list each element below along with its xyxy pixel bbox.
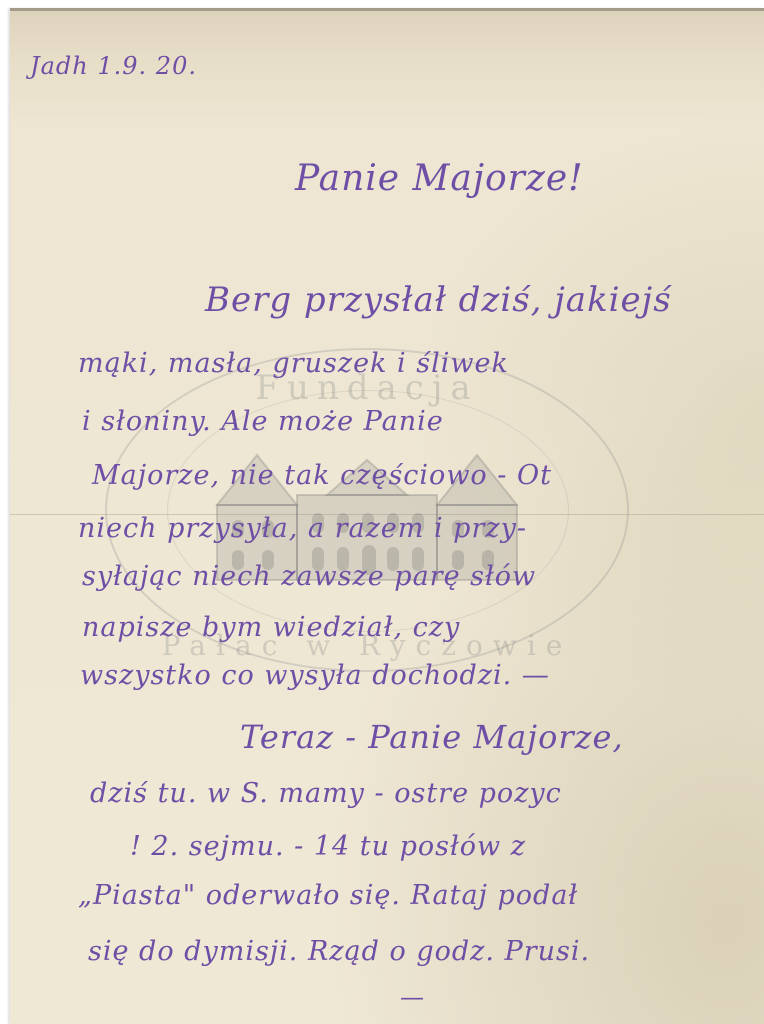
letter-line: ! 2. sejmu. - 14 tu posłów z — [130, 831, 526, 862]
letter-line: dziś tu. w S. mamy - ostre pozyc — [90, 778, 562, 809]
letter-line: i słoniny. Ale może Panie — [82, 406, 444, 437]
letter-line: Teraz - Panie Majorze, — [240, 718, 624, 756]
letter-line: Berg przysłał dziś, jakiejś — [205, 280, 672, 320]
letter-line: syłając niech zawsze parę słów — [82, 561, 536, 592]
letter-line: niech przysyła, a razem i przy- — [78, 513, 527, 544]
letter-line: wszystko co wysyła dochodzi. — — [80, 660, 550, 691]
letter-salutation: Panie Majorze! — [295, 158, 584, 199]
letter-line: Majorze, nie tak częściowo - Ot — [92, 460, 552, 491]
letter-line: napisze bym wiedział, czy — [82, 612, 460, 643]
letter-sheet: Fundacja — [10, 8, 764, 1024]
letter-line: „Piasta" oderwało się. Rataj podał — [78, 880, 578, 911]
letter-date: Jadh 1.9. 20. — [30, 52, 197, 80]
closing-dash: — — [400, 983, 425, 1011]
letter-line: mąki, masła, gruszek i śliwek — [78, 348, 509, 379]
letter-line: się do dymisji. Rząd o godz. Prusi. — [88, 936, 590, 967]
